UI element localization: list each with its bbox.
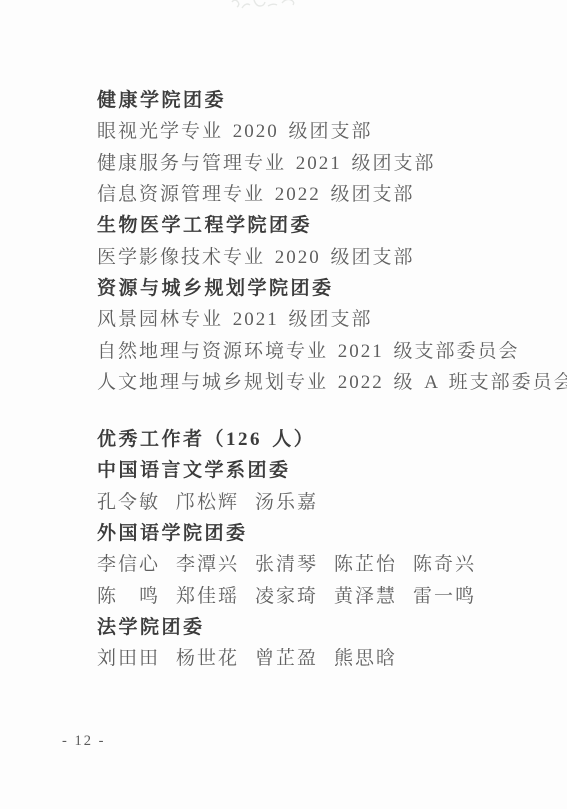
name-row: 陈 鸣 郑佳瑶 凌家琦 黄泽慧 雷一鸣 — [97, 578, 537, 609]
person-name: 郑佳瑶 — [176, 581, 237, 608]
college-committee-heading: 生物医学工程学院团委 — [97, 208, 537, 239]
person-name: 黄泽慧 — [334, 581, 395, 608]
page-number: - 12 - — [62, 733, 105, 750]
college-committee-heading: 中国语言文学系团委 — [97, 453, 537, 484]
scanned-document-page: 健康学院团委 眼视光学专业 2020 级团支部 健康服务与管理专业 2021 级… — [0, 0, 567, 809]
person-name: 曾芷盈 — [255, 643, 316, 670]
branch-item: 信息资源管理专业 2022 级团支部 — [97, 177, 537, 208]
branch-item: 风景园林专业 2021 级团支部 — [97, 302, 537, 333]
person-name: 熊思晗 — [334, 643, 395, 670]
person-name: 杨世花 — [176, 643, 237, 670]
person-name: 李潭兴 — [176, 549, 237, 576]
outstanding-workers-section: 优秀工作者（126 人） 中国语言文学系团委 孔令敏 邝松辉 汤乐嘉 外国语学院… — [97, 422, 537, 672]
branch-item: 医学影像技术专业 2020 级团支部 — [97, 239, 537, 270]
person-name: 陈奇兴 — [413, 549, 474, 576]
section-title: 优秀工作者（126 人） — [97, 422, 537, 453]
person-name: 汤乐嘉 — [255, 487, 316, 514]
person-name: 张清琴 — [255, 549, 316, 576]
branch-item: 健康服务与管理专业 2021 级团支部 — [97, 146, 537, 177]
person-name: 李信心 — [97, 549, 158, 576]
college-committee-heading: 法学院团委 — [97, 610, 537, 641]
college-committee-heading: 健康学院团委 — [97, 83, 537, 114]
college-committee-heading: 外国语学院团委 — [97, 516, 537, 547]
branch-item: 人文地理与城乡规划专业 2022 级 A 班支部委员会 — [97, 365, 537, 396]
person-name: 雷一鸣 — [413, 581, 474, 608]
branch-item: 眼视光学专业 2020 级团支部 — [97, 114, 537, 145]
person-name: 凌家琦 — [255, 581, 316, 608]
scan-smudge-artifact — [228, 0, 338, 18]
person-name: 陈芷怡 — [334, 549, 395, 576]
college-committee-heading: 资源与城乡规划学院团委 — [97, 271, 537, 302]
document-body: 健康学院团委 眼视光学专业 2020 级团支部 健康服务与管理专业 2021 级… — [97, 83, 537, 672]
branch-item: 自然地理与资源环境专业 2021 级支部委员会 — [97, 333, 537, 364]
person-name: 邝松辉 — [176, 487, 237, 514]
name-row: 刘田田 杨世花 曾芷盈 熊思晗 — [97, 641, 537, 672]
name-row: 李信心 李潭兴 张清琴 陈芷怡 陈奇兴 — [97, 547, 537, 578]
person-name: 陈 鸣 — [97, 581, 158, 608]
person-name: 孔令敏 — [97, 487, 158, 514]
person-name: 刘田田 — [97, 643, 158, 670]
name-row: 孔令敏 邝松辉 汤乐嘉 — [97, 485, 537, 516]
